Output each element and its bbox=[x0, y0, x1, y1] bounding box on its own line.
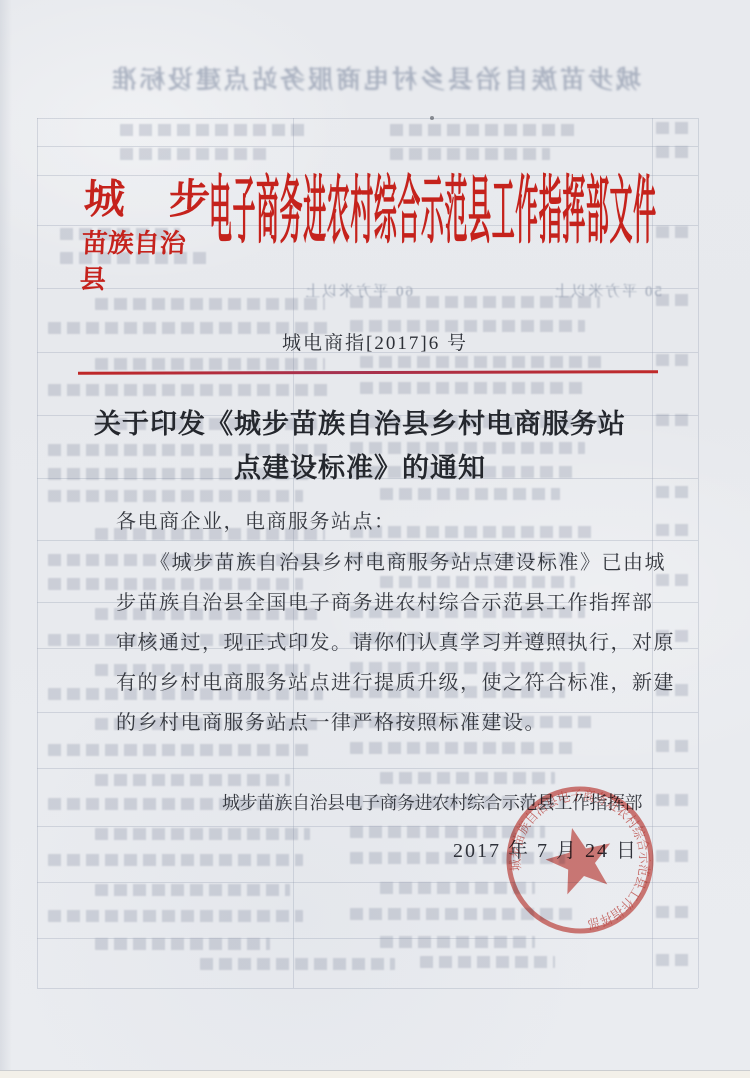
paragraph-line: 《城步苗族自治县乡村电商服务站点建设标准》已由城 bbox=[116, 543, 664, 583]
scanned-document-page: 城步苗族自治县乡村电商服务站点建设标准 60 平方米以上 50 平方米以上 城 … bbox=[0, 0, 750, 1078]
body-paragraph: 《城步苗族自治县乡村电商服务站点建设标准》已由城 步苗族自治县全国电子商务进农村… bbox=[116, 543, 664, 743]
paragraph-line: 审核通过，现正式印发。请你们认真学习并遵照执行，对原 bbox=[116, 623, 664, 663]
paragraph-line: 有的乡村电商服务站点进行提质升级，使之符合标准，新建 bbox=[116, 663, 664, 703]
county-char: 步 bbox=[168, 176, 211, 222]
seal-star-icon bbox=[540, 820, 620, 898]
county-bottom-line: 苗族自治县 bbox=[79, 226, 209, 298]
paragraph-line: 步苗族自治县全国电子商务进农村综合示范县工作指挥部 bbox=[116, 583, 664, 623]
red-header-org-title: 电子商务进农村综合示范县工作指挥部文件 bbox=[209, 172, 750, 256]
page-left-shadow bbox=[0, 0, 12, 1078]
notice-title: 关于印发《城步苗族自治县乡村电商服务站 点建设标准》的通知 bbox=[75, 402, 645, 490]
salutation: 各电商企业，电商服务站点： bbox=[116, 505, 396, 534]
notice-title-line2: 点建设标准》的通知 bbox=[75, 446, 645, 490]
issuer-county-name: 城 步 苗族自治县 bbox=[79, 176, 211, 298]
page-bottom-edge bbox=[0, 1070, 750, 1078]
county-char: 城 bbox=[83, 176, 126, 222]
paragraph-line: 的乡村电商服务站点一律严格按照标准建设。 bbox=[116, 703, 664, 743]
document-content: 城 步 苗族自治县 电子商务进农村综合示范县工作指挥部文件 城电商指[2017]… bbox=[0, 0, 750, 1078]
notice-title-line1: 关于印发《城步苗族自治县乡村电商服务站 bbox=[75, 402, 645, 446]
red-divider-line bbox=[78, 370, 658, 375]
document-number: 城电商指[2017]6 号 bbox=[0, 328, 750, 355]
